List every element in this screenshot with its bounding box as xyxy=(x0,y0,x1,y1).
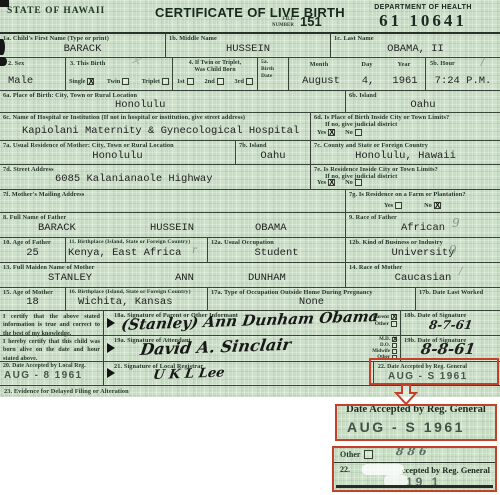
field-2-sex: 2. Sex Male xyxy=(0,57,65,90)
checkbox-label: Triplet xyxy=(142,78,160,85)
pencil-mark: 9 xyxy=(449,243,457,257)
highlight-box-22 xyxy=(369,358,499,385)
field-value: BARACK xyxy=(38,223,76,234)
field-label: 7g. Is Residence on a Farm or Plantation… xyxy=(349,191,466,198)
checkbox-triplet: Triplet xyxy=(142,78,169,85)
certificate-title: CERTIFICATE OF LIVE BIRTH xyxy=(138,5,362,20)
field-value: Oahu xyxy=(236,151,310,162)
checkbox-yes: YesX xyxy=(317,179,335,186)
field-label: Date xyxy=(261,73,272,79)
checkbox-box xyxy=(246,78,253,85)
checkbox-other: Other xyxy=(340,450,373,459)
field-16-mother-birthplace: 16. Birthplace (Island, State or Foreign… xyxy=(65,287,207,310)
checkbox-label: M.D. xyxy=(379,337,390,342)
field-value: Student xyxy=(208,248,345,259)
scanned-birth-certificate-page: { "header": { "state": "STATE OF HAWAII"… xyxy=(0,0,500,495)
field-value: BARACK xyxy=(0,44,165,55)
checkbox-1st: 1st xyxy=(177,78,194,85)
month-header: Month xyxy=(289,61,349,68)
field-3-this-birth: 3. This Birth SingleX Twin Triplet xyxy=(65,57,172,90)
checkbox-label: Single xyxy=(69,78,85,85)
pencil-mark: 9 xyxy=(452,216,460,230)
field-1b-middle-name: 1b. Middle Name HUSSEIN xyxy=(165,34,330,57)
field-label: 4. If Twin or Triplet, xyxy=(173,60,257,67)
checkbox-2nd: 2nd xyxy=(205,78,224,85)
field-8-father-name: 8. Full Name of Father BARACK HUSSEIN OB… xyxy=(0,212,345,237)
checkbox-label: Twin xyxy=(107,78,121,85)
checkbox-box xyxy=(391,321,397,327)
field-23-evidence: 23. Evidence for Delayed Filing or Alter… xyxy=(0,385,500,397)
field-value: 7:24 P.M. xyxy=(426,76,500,87)
checkbox-md: M.D.X xyxy=(379,337,397,342)
field-label: 5a. xyxy=(261,59,268,65)
field-label: 6b. Island xyxy=(349,92,377,99)
pencil-mark: / xyxy=(481,57,484,68)
certificate-form: STATE OF HAWAII CERTIFICATE OF LIVE BIRT… xyxy=(0,0,500,397)
field-label: 7b. Island xyxy=(239,142,267,149)
field-value: OBAMA, II xyxy=(331,44,500,55)
inset-field-number: 22. xyxy=(340,465,350,474)
checkbox-box: X xyxy=(328,129,335,136)
field-label: 13. Full Maiden Name of Mother xyxy=(3,264,95,271)
file-number: 151 xyxy=(300,14,322,29)
department-title: DEPARTMENT OF HEALTH xyxy=(352,4,494,11)
checkbox-label: Parent xyxy=(373,314,389,320)
field-1a-child-first-name: 1a. Child's First Name (Type or print) B… xyxy=(0,34,165,57)
birth-year: 1961 xyxy=(384,76,426,87)
checkbox-box xyxy=(122,78,129,85)
field-7e-residence-limits: 7e. Is Residence Inside City or Town Lim… xyxy=(310,164,500,189)
field-label: 12a. Usual Occupation xyxy=(211,239,274,246)
inset-erased-stamp: Other 8 8 6 22. ccepted by Reg. General … xyxy=(332,446,497,492)
checkbox-no: No xyxy=(345,179,362,186)
field-7b-island: 7b. Island Oahu xyxy=(235,140,310,164)
field-13-mother-name: 13. Full Maiden Name of Mother STANLEY A… xyxy=(0,262,345,287)
checkbox-yes: YesX xyxy=(317,129,335,136)
checkbox-label: 2nd xyxy=(205,78,215,85)
field-value: OBAMA xyxy=(255,223,287,234)
certificate-number: 61 10641 xyxy=(352,11,494,31)
day-header: Day xyxy=(353,61,381,68)
checkbox-yes: Yes xyxy=(384,202,402,209)
attendant-certification-text: I hereby certify that this child was bor… xyxy=(0,335,103,361)
inset-label: ccepted by Reg. General xyxy=(402,465,490,475)
checkbox-parent: ParentX xyxy=(373,314,397,320)
checkbox-box: X xyxy=(87,78,94,85)
field-15-mother-age: 15. Age of Mother 18 xyxy=(0,287,65,310)
field-value: Honolulu, Hawaii xyxy=(311,151,500,162)
field-sublabel: If no, give judicial district xyxy=(325,121,397,128)
field-10-father-age: 10. Age of Father 25 xyxy=(0,237,65,262)
field-17a-occupation-pregnancy: 17a. Type of Occupation Outside Home Dur… xyxy=(207,287,415,310)
field-value: Kapiolani Maternity & Gynecological Hosp… xyxy=(22,126,299,137)
checkbox-box xyxy=(355,129,362,136)
checkbox-other: Other xyxy=(375,321,397,327)
field-label: 16. Birthplace (Island, State or Foreign… xyxy=(69,289,191,295)
field-5a-birth-date: 5a. Birth Date Month Day Year August 4, … xyxy=(257,57,425,90)
checkbox-label: 1st xyxy=(177,78,185,85)
field-12b-industry: 12b. Kind of Business or Industry Univer… xyxy=(345,237,500,262)
checkbox-label: No xyxy=(345,129,353,136)
checkbox-single: SingleX xyxy=(69,78,94,85)
registrar-signature: U K L Lee xyxy=(152,366,226,383)
field-label: 20. Date Accepted by Local Reg. xyxy=(3,363,86,370)
field-label: 10. Age of Father xyxy=(3,239,51,246)
field-11-father-birthplace: 11. Birthplace (Island, State or Foreign… xyxy=(65,237,207,262)
field-label: 9. Race of Father xyxy=(349,214,397,221)
field-label: 17a. Type of Occupation Outside Home Dur… xyxy=(211,289,373,296)
field-value: 25 xyxy=(0,248,65,259)
inset-bottom-rule xyxy=(336,485,493,488)
checkbox-box xyxy=(392,343,397,348)
field-label: 7c. County and State or Foreign Country xyxy=(314,142,428,149)
field-21-local-registrar-signature: 21. Signature of Local Registrar U K L L… xyxy=(103,361,373,385)
field-label: 7d. Street Address xyxy=(3,166,54,173)
field-label: 1c. Last Name xyxy=(334,35,374,42)
field-7c-county-state: 7c. County and State or Foreign Country … xyxy=(310,140,500,164)
checkbox-box: X xyxy=(392,337,397,342)
checkbox-3rd: 3rd xyxy=(235,78,253,85)
checkbox-box xyxy=(162,78,169,85)
checkbox-box xyxy=(187,78,194,85)
checkbox-box xyxy=(392,349,397,354)
inset-label: Date Accepted by Reg. General xyxy=(337,404,495,415)
field-label: 1a. Child's First Name (Type or print) xyxy=(3,35,109,42)
field-label: Was Child Born xyxy=(173,67,257,74)
checkbox-label: Yes xyxy=(317,129,326,136)
checkbox-box xyxy=(217,78,224,85)
field-value: University xyxy=(346,248,500,259)
pencil-mark: / xyxy=(459,266,462,277)
signature-pointer-icon xyxy=(107,318,115,328)
field-6b-island: 6b. Island Oahu xyxy=(345,90,500,112)
checkbox-label: D.O. xyxy=(380,343,390,348)
checkbox-label: Yes xyxy=(384,202,393,209)
checkbox-box: X xyxy=(391,314,397,320)
inset-magnified-stamp: Date Accepted by Reg. General AUG - S 19… xyxy=(335,404,497,441)
checkbox-label: Other xyxy=(375,321,389,327)
field-6d-city-limits: 6d. Is Place of Birth Inside City or Tow… xyxy=(310,112,500,140)
field-value: Oahu xyxy=(346,100,500,111)
attendant-signature: David A. Sinclair xyxy=(139,335,292,359)
field-6c-hospital: 6c. Name of Hospital or Institution (If … xyxy=(0,112,310,140)
field-label: 5b. Hour xyxy=(430,60,455,67)
checkbox-twin: Twin xyxy=(107,78,130,85)
checkbox-do: D.O. xyxy=(380,343,397,348)
field-9-father-race: 9. Race of Father African xyxy=(345,212,500,237)
checkbox-box: X xyxy=(328,179,335,186)
field-7d-street-address: 7d. Street Address 6085 Kalanianaole Hig… xyxy=(0,164,310,189)
field-label: 2. Sex xyxy=(8,60,24,67)
checkbox-label: Yes xyxy=(317,179,326,186)
field-value: 6085 Kalanianaole Highway xyxy=(55,174,213,185)
field-value: STANLEY xyxy=(48,273,92,284)
handwritten-date: 8-7-61 xyxy=(428,318,473,332)
handwriting-fragment: 8 8 6 xyxy=(395,446,427,458)
checkbox-midwife: Midwife xyxy=(372,349,397,354)
field-value: Caucasian xyxy=(346,273,500,284)
field-value: Kenya, East Africa xyxy=(68,248,181,259)
field-value: ANN xyxy=(175,273,194,284)
state-title: STATE OF HAWAII xyxy=(7,6,105,17)
birth-day: 4, xyxy=(356,76,380,87)
field-value: HUSSEIN xyxy=(150,223,194,234)
birth-month: August xyxy=(289,76,353,87)
checkbox-no: No xyxy=(345,129,362,136)
field-label: 6c. Name of Hospital or Institution (If … xyxy=(3,114,245,121)
field-7f-mailing-address: 7f. Mother's Mailing Address xyxy=(0,189,345,212)
field-value: Honolulu xyxy=(0,151,235,162)
field-20-date-accepted-local: 20. Date Accepted by Local Reg. AUG - 8 … xyxy=(0,361,103,385)
field-6a-place-of-birth: 6a. Place of Birth: City, Town or Rural … xyxy=(0,90,345,112)
scan-smudge xyxy=(0,57,7,66)
field-value: 18 xyxy=(0,297,65,308)
checkbox-box xyxy=(395,202,402,209)
red-arrow-icon xyxy=(394,384,418,406)
field-18b-signature-date: 18b. Date of Signature 8-7-61 xyxy=(400,310,500,335)
handwritten-date: 8-8-61 xyxy=(420,340,477,358)
field-label: 11. Birthplace (Island, State or Foreign… xyxy=(69,239,190,245)
field-label: 1b. Middle Name xyxy=(169,35,217,42)
field-label: 3. This Birth xyxy=(70,60,105,67)
field-label: 17b. Date Last Worked xyxy=(419,289,483,296)
checkbox-label: No xyxy=(424,202,432,209)
informant-certification-text: I certify that the above stated informat… xyxy=(0,310,103,335)
field-19a-attendant-signature: 19a. Signature of Attendant David A. Sin… xyxy=(103,335,400,361)
certification-statement: I hereby certify that this child was bor… xyxy=(3,338,100,363)
checkbox-box: X xyxy=(434,202,441,209)
field-label: 8. Full Name of Father xyxy=(3,214,66,221)
field-14-mother-race: 14. Race of Mother Caucasian xyxy=(345,262,500,287)
file-label-line2: NUMBER xyxy=(272,23,294,29)
checkbox-label: Midwife xyxy=(372,349,390,354)
field-4-twin-order: 4. If Twin or Triplet, Was Child Born 1s… xyxy=(172,57,257,90)
year-header: Year xyxy=(384,61,424,68)
scan-smudge xyxy=(0,39,5,55)
field-label: 14. Race of Mother xyxy=(349,264,402,271)
field-label: 23. Evidence for Delayed Filing or Alter… xyxy=(4,388,129,395)
field-1c-last-name: 1c. Last Name OBAMA, II xyxy=(330,34,500,57)
field-17b-date-last-worked: 17b. Date Last Worked xyxy=(415,287,500,310)
field-value: HUSSEIN xyxy=(166,44,330,55)
field-label: Birth xyxy=(261,66,274,72)
field-5b-hour: 5b. Hour 7:24 P.M. xyxy=(425,57,500,90)
field-12a-occupation: 12a. Usual Occupation Student xyxy=(207,237,345,262)
field-value: Wichita, Kansas xyxy=(78,297,173,308)
field-label: 12b. Kind of Business or Industry xyxy=(349,239,443,246)
field-value: Male xyxy=(8,76,33,87)
field-7a-mother-residence: 7a. Usual Residence of Mother: City, Tow… xyxy=(0,140,235,164)
checkbox-label: Other xyxy=(340,450,360,459)
field-label: 7a. Usual Residence of Mother: City, Tow… xyxy=(3,142,174,149)
signature-pointer-icon xyxy=(107,343,115,353)
field-18a-informant-signature: 18a. Signature of Parent or Other Inform… xyxy=(103,310,400,335)
field-label: 7f. Mother's Mailing Address xyxy=(3,191,84,198)
field-7g-farm-plantation: 7g. Is Residence on a Farm or Plantation… xyxy=(345,189,500,212)
checkbox-label: No xyxy=(345,179,353,186)
signature-pointer-icon xyxy=(107,368,115,378)
checkbox-label: 3rd xyxy=(235,78,244,85)
checkbox-no: NoX xyxy=(424,202,441,209)
scan-smudge xyxy=(0,0,9,7)
erasure-mark xyxy=(362,464,404,475)
field-value: African xyxy=(346,223,500,234)
date-stamp: AUG - S 1961 xyxy=(347,419,465,435)
field-value: None xyxy=(208,297,415,308)
field-value: DUNHAM xyxy=(248,273,286,284)
checkbox-box xyxy=(355,179,362,186)
date-stamp: AUG - 8 1961 xyxy=(4,370,83,381)
checkbox-box xyxy=(364,450,373,459)
pencil-mark: r xyxy=(192,245,197,256)
field-value: Honolulu xyxy=(115,100,165,111)
